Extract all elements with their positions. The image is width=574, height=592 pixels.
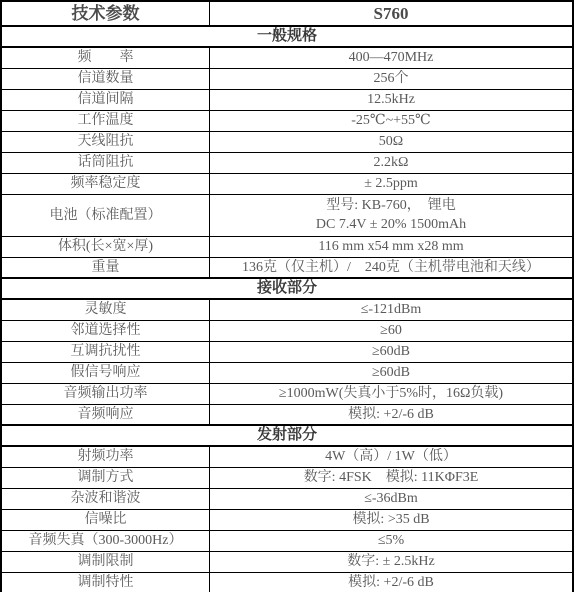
spec-value: 数字: 4FSK 模拟: 11KΦF3E xyxy=(210,467,574,488)
spec-value: 模拟: >35 dB xyxy=(210,509,574,530)
spec-row-channel-count: 信道数量 256个 xyxy=(1,68,573,89)
spec-value: 2.2kΩ xyxy=(210,152,574,173)
spec-table: 技术参数 S760 一般规格 频 率 400—470MHz 信道数量 256个 … xyxy=(0,0,574,592)
table-header-row: 技术参数 S760 xyxy=(1,1,573,26)
spec-row-freq-stability: 频率稳定度 ± 2.5ppm xyxy=(1,173,573,194)
spec-value: 50Ω xyxy=(210,131,574,152)
spec-label: 信道间隔 xyxy=(1,89,210,110)
spec-row-dimensions: 体积(长×宽×厚) 116 mm x54 mm x28 mm xyxy=(1,236,573,257)
spec-row-modulation-mode: 调制方式 数字: 4FSK 模拟: 11KΦF3E xyxy=(1,467,573,488)
spec-row-adjacent-selectivity: 邻道选择性 ≥60 xyxy=(1,320,573,341)
spec-row-weight: 重量 136克（仅主机）/ 240克（主机带电池和天线） xyxy=(1,257,573,278)
section-row-general: 一般规格 xyxy=(1,26,573,47)
spec-value: 136克（仅主机）/ 240克（主机带电池和天线） xyxy=(210,257,574,278)
spec-value: ≤5% xyxy=(210,530,574,551)
spec-row-frequency: 频 率 400—470MHz xyxy=(1,47,573,68)
spec-value: 模拟: +2/-6 dB xyxy=(210,404,574,425)
spec-row-rf-power: 射频功率 4W（高）/ 1W（低） xyxy=(1,446,573,467)
spec-label: 音频响应 xyxy=(1,404,210,425)
spec-label: 信噪比 xyxy=(1,509,210,530)
spec-value: 4W（高）/ 1W（低） xyxy=(210,446,574,467)
spec-value: 型号: KB-760， 锂电 DC 7.4V ± 20% 1500mAh xyxy=(210,194,574,236)
spec-label: 互调抗扰性 xyxy=(1,341,210,362)
header-model-name: S760 xyxy=(210,1,574,26)
spec-value: 数字: ± 2.5kHz xyxy=(210,551,574,572)
spec-label: 频 率 xyxy=(1,47,210,68)
spec-label: 电池（标准配置） xyxy=(1,194,210,236)
spec-row-mic-impedance: 话筒阻抗 2.2kΩ xyxy=(1,152,573,173)
spec-row-intermod-rejection: 互调抗扰性 ≥60dB xyxy=(1,341,573,362)
spec-value: 模拟: +2/-6 dB xyxy=(210,572,574,592)
spec-label: 话筒阻抗 xyxy=(1,152,210,173)
spec-value: -25℃~+55℃ xyxy=(210,110,574,131)
spec-row-audio-response-rx: 音频响应 模拟: +2/-6 dB xyxy=(1,404,573,425)
header-param-label: 技术参数 xyxy=(1,1,210,26)
spec-label: 调制特性 xyxy=(1,572,210,592)
section-title-receiver: 接收部分 xyxy=(1,278,573,299)
spec-label: 体积(长×宽×厚) xyxy=(1,236,210,257)
spec-label: 射频功率 xyxy=(1,446,210,467)
spec-row-channel-spacing: 信道间隔 12.5kHz xyxy=(1,89,573,110)
spec-table-body: 技术参数 S760 一般规格 频 率 400—470MHz 信道数量 256个 … xyxy=(1,1,573,592)
spec-row-antenna-impedance: 天线阻抗 50Ω xyxy=(1,131,573,152)
spec-value: ≤-121dBm xyxy=(210,299,574,320)
spec-label: 工作温度 xyxy=(1,110,210,131)
spec-row-modulation-characteristic: 调制特性 模拟: +2/-6 dB xyxy=(1,572,573,592)
spec-row-battery: 电池（标准配置） 型号: KB-760， 锂电 DC 7.4V ± 20% 15… xyxy=(1,194,573,236)
spec-value: ≥60dB xyxy=(210,341,574,362)
spec-value: 12.5kHz xyxy=(210,89,574,110)
section-title-transmitter: 发射部分 xyxy=(1,425,573,446)
spec-value: ≥1000mW(失真小于5%时，16Ω负载) xyxy=(210,383,574,404)
spec-value: 256个 xyxy=(210,68,574,89)
section-row-receiver: 接收部分 xyxy=(1,278,573,299)
spec-value: 400—470MHz xyxy=(210,47,574,68)
section-title-general: 一般规格 xyxy=(1,26,573,47)
spec-label: 调制限制 xyxy=(1,551,210,572)
spec-label: 音频输出功率 xyxy=(1,383,210,404)
spec-row-operating-temp: 工作温度 -25℃~+55℃ xyxy=(1,110,573,131)
spec-row-modulation-limit: 调制限制 数字: ± 2.5kHz xyxy=(1,551,573,572)
spec-row-audio-output-power: 音频输出功率 ≥1000mW(失真小于5%时，16Ω负载) xyxy=(1,383,573,404)
spec-label: 灵敏度 xyxy=(1,299,210,320)
spec-row-spurious-response: 假信号响应 ≥60dB xyxy=(1,362,573,383)
spec-label: 信道数量 xyxy=(1,68,210,89)
spec-row-audio-distortion: 音频失真（300-3000Hz） ≤5% xyxy=(1,530,573,551)
spec-value: 116 mm x54 mm x28 mm xyxy=(210,236,574,257)
spec-value: ± 2.5ppm xyxy=(210,173,574,194)
spec-row-sensitivity: 灵敏度 ≤-121dBm xyxy=(1,299,573,320)
spec-label: 重量 xyxy=(1,257,210,278)
spec-label: 音频失真（300-3000Hz） xyxy=(1,530,210,551)
spec-row-spurious-harmonics: 杂波和谐波 ≤-36dBm xyxy=(1,488,573,509)
spec-label: 假信号响应 xyxy=(1,362,210,383)
spec-label: 邻道选择性 xyxy=(1,320,210,341)
spec-label: 调制方式 xyxy=(1,467,210,488)
spec-label: 天线阻抗 xyxy=(1,131,210,152)
section-row-transmitter: 发射部分 xyxy=(1,425,573,446)
spec-row-snr: 信噪比 模拟: >35 dB xyxy=(1,509,573,530)
spec-value: ≥60 xyxy=(210,320,574,341)
spec-value: ≥60dB xyxy=(210,362,574,383)
spec-label: 杂波和谐波 xyxy=(1,488,210,509)
spec-label: 频率稳定度 xyxy=(1,173,210,194)
spec-value: ≤-36dBm xyxy=(210,488,574,509)
